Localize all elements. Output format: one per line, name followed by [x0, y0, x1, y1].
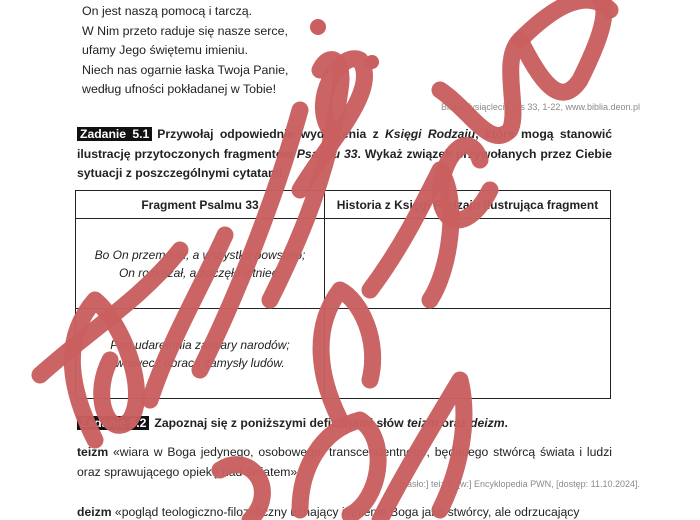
definition-text: «pogląd teologiczno-filozoficzny uznając…	[112, 505, 580, 519]
table-header-row: Fragment Psalmu 33 Historia z Księgi Rod…	[76, 191, 611, 219]
fragment-line: On rozkazał, a zaczęło istnieć.	[77, 264, 323, 282]
task-text: oraz	[438, 416, 470, 430]
task-text: Zapoznaj się z poniższymi definicjami sł…	[154, 416, 407, 430]
definition-source: [hasło:] teizm, [w:] Encyklopedia PWN, […	[400, 479, 640, 489]
fragment-cell: Bo On przemówił, a wszystko powstało; On…	[76, 219, 325, 309]
definition-term: teizm	[77, 445, 108, 459]
table-row: Pan udaremnia zamiary narodów; wniwecz o…	[76, 309, 611, 399]
poem-line: W Nim przeto raduje się nasze serce,	[82, 22, 288, 42]
fragment-line: Pan udaremnia zamiary narodów;	[77, 336, 323, 354]
psalm-source: Biblia Tysiąclecia, Ps 33, 1-22, www.bib…	[441, 102, 640, 112]
definition-teizm: teizm «wiara w Boga jedynego, osobowego,…	[77, 443, 612, 482]
poem-line: Niech nas ogarnie łaska Twoja Panie,	[82, 61, 288, 81]
psalm-quote: On jest naszą pomocą i tarczą. W Nim prz…	[82, 2, 288, 100]
poem-line: według ufności pokładanej w Tobie!	[82, 80, 288, 100]
answer-cell[interactable]	[325, 219, 611, 309]
task-5-1: Zadanie 5.1Przywołaj odpowiednie wydarze…	[77, 125, 612, 184]
definition-deizm: deizm «pogląd teologiczno-filozoficzny u…	[77, 503, 612, 520]
table-row: Bo On przemówił, a wszystko powstało; On…	[76, 219, 611, 309]
header-story: Historia z Księgi Rodzaju ilustrująca fr…	[325, 191, 611, 219]
fragment-cell: Pan udaremnia zamiary narodów; wniwecz o…	[76, 309, 325, 399]
term: deizm	[470, 416, 505, 430]
book-title: Księgi Rodzaju	[385, 127, 475, 141]
fragment-line: wniwecz obraca zamysły ludów.	[77, 354, 323, 372]
term: teizm	[407, 416, 438, 430]
task-5-2: Zadanie 5.2Zapoznaj się z poniższymi def…	[77, 414, 612, 434]
header-fragment: Fragment Psalmu 33	[76, 191, 325, 219]
task-badge: Zadanie 5.2	[77, 416, 149, 430]
poem-line: ufamy Jego świętemu imieniu.	[82, 41, 288, 61]
task-badge: Zadanie 5.1	[77, 127, 152, 141]
answer-table: Fragment Psalmu 33 Historia z Księgi Rod…	[75, 190, 611, 399]
task-text: .	[505, 416, 508, 430]
task-text: Przywołaj odpowiednie wydarzenia z	[157, 127, 385, 141]
definition-term: deizm	[77, 505, 112, 519]
fragment-line: Bo On przemówił, a wszystko powstało;	[77, 246, 323, 264]
answer-cell[interactable]	[325, 309, 611, 399]
psalm-title: Psalmu 33	[297, 147, 358, 161]
definition-text: «wiara w Boga jedynego, osobowego, trans…	[77, 445, 612, 479]
poem-line: On jest naszą pomocą i tarczą.	[82, 2, 288, 22]
document-page: On jest naszą pomocą i tarczą. W Nim prz…	[0, 0, 700, 520]
